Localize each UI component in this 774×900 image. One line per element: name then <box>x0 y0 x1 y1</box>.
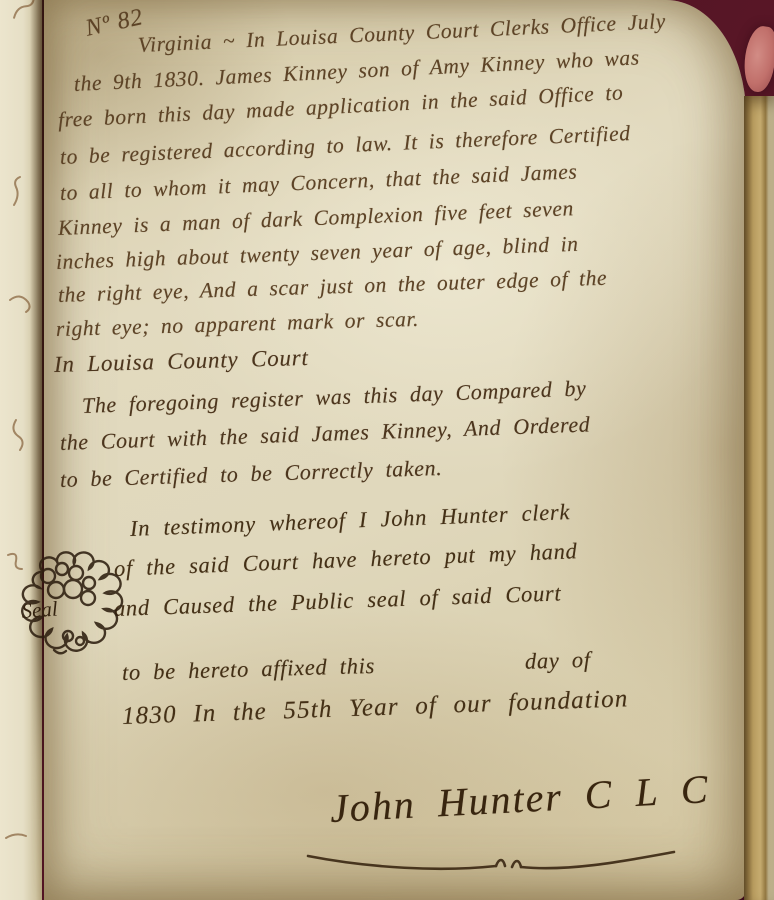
signature-flourish <box>300 838 700 882</box>
affix-line-right: day of <box>525 647 592 675</box>
blank-day-space <box>375 649 526 679</box>
document-photo: Nº 82 Virginia ~ In Louisa County Court … <box>0 0 774 900</box>
fingertip <box>741 24 774 94</box>
book-fore-edge <box>744 96 774 900</box>
seal-label: Seal <box>21 597 59 623</box>
seal-doodle: Seal <box>10 546 122 670</box>
